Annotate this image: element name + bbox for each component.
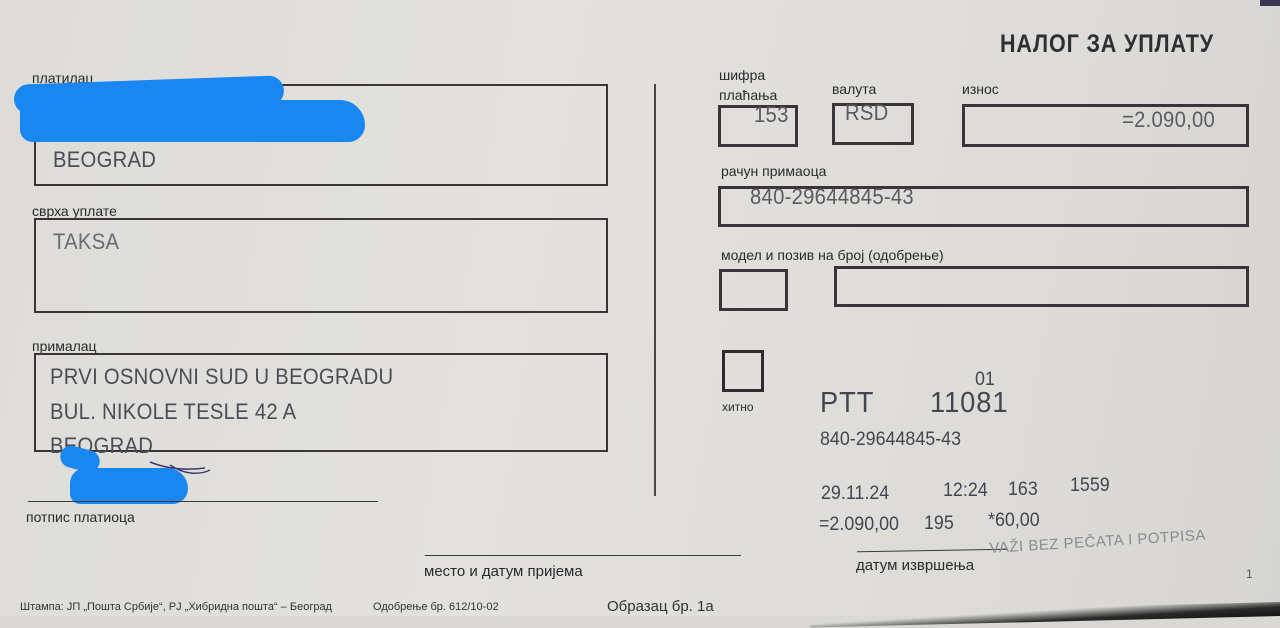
amount-value: =2.090,00: [1122, 107, 1215, 133]
form-number: Образац бр. 1а: [607, 598, 714, 615]
reference-number-field[interactable]: [834, 266, 1249, 307]
recipient-account-value: 840-29644845-43: [750, 184, 914, 210]
background-edge: [810, 602, 1280, 616]
model-field[interactable]: [719, 269, 788, 311]
execution-date-label: датум извршења: [856, 558, 974, 574]
stamp-fee: *60,00: [988, 508, 1040, 534]
stamp-office: PTT: [820, 390, 874, 416]
approval-note: Одобрење бр. 612/10-02: [373, 601, 499, 613]
payer-city: BEOGRAD: [53, 143, 156, 177]
payment-order-form: НАЛОГ ЗА УПЛАТУ платилац BEOGRAD сврха у…: [0, 0, 1280, 616]
model-reference-label: модел и позив на број (одобрење): [721, 247, 944, 263]
stamp-time: 12:24: [943, 478, 988, 504]
recipient-line-2: BUL. NIKOLE TESLE 42 A: [50, 395, 296, 429]
recipient-label: прималац: [32, 338, 97, 354]
stamp-account: 840-29644845-43: [820, 427, 961, 453]
stamp-code-3: 195: [924, 511, 954, 537]
purpose-label: сврха уплате: [32, 203, 117, 219]
execution-date-line: [857, 549, 1007, 553]
place-date-received-label: место и датум пријема: [424, 564, 583, 580]
payment-code-label-1: шифра: [719, 67, 765, 83]
form-title: НАЛОГ ЗА УПЛАТУ: [1000, 30, 1214, 59]
payer-signature-label: потпис платиоца: [26, 509, 135, 525]
received-line: [425, 555, 741, 556]
urgent-label: хитно: [722, 399, 754, 415]
currency-label: валута: [832, 81, 876, 97]
printer-note: Штампа: ЈП „Пошта Србије“, РЈ „Хибридна …: [20, 601, 332, 613]
recipient-account-label: рачун примаоца: [721, 163, 826, 179]
stamp-date: 29.11.24: [821, 481, 889, 507]
purpose-value: TAKSA: [53, 229, 119, 255]
stamp-code-1: 163: [1008, 477, 1038, 503]
stamp-amount: =2.090,00: [819, 512, 899, 538]
redaction-mark: [70, 468, 188, 504]
column-divider: [654, 84, 656, 496]
purpose-field[interactable]: [34, 218, 608, 313]
currency-value: RSD: [845, 100, 889, 126]
urgent-checkbox[interactable]: [722, 350, 764, 392]
stamp-code-2: 1559: [1070, 473, 1110, 499]
signature-line: [28, 501, 378, 502]
amount-label: износ: [962, 81, 999, 97]
payment-code-value: 153: [754, 102, 789, 128]
page-number: 1: [1246, 566, 1253, 582]
background-edge: [1260, 0, 1280, 6]
redaction-mark: [20, 100, 365, 142]
payment-code-label-2: плаћања: [719, 87, 777, 103]
stamp-office-code: 11081: [930, 390, 1008, 416]
recipient-line-1: PRVI OSNOVNI SUD U BEOGRADU: [50, 360, 393, 394]
